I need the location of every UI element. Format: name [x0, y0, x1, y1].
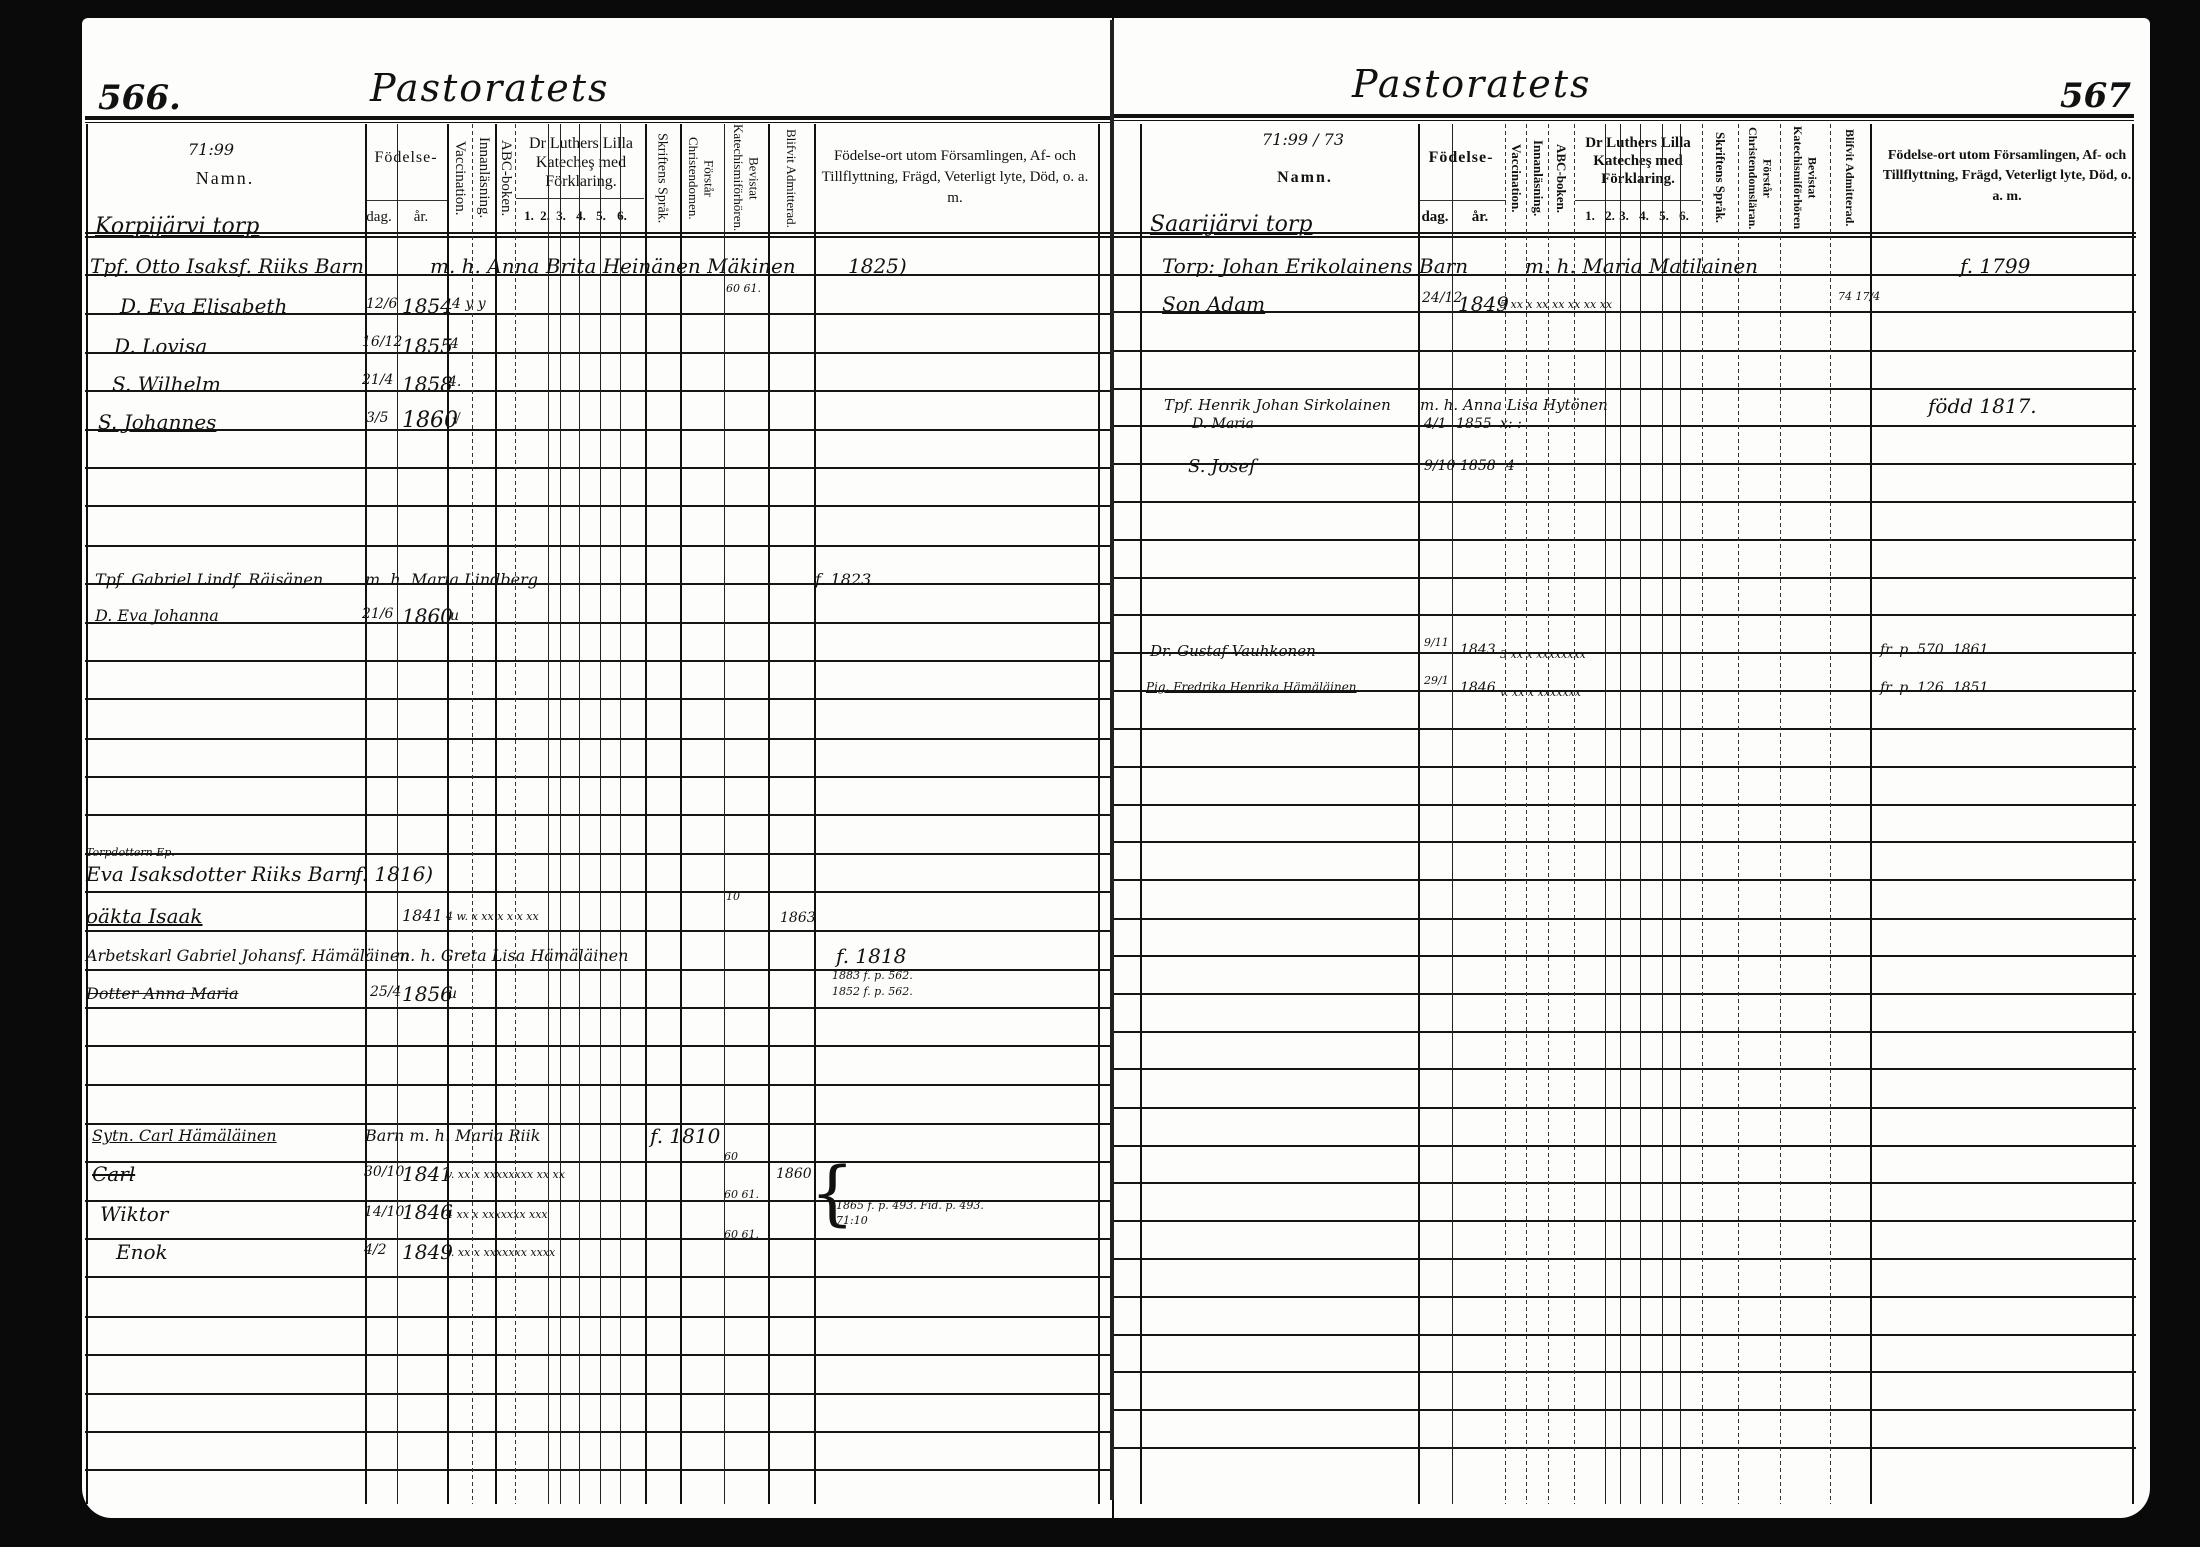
- header-ar: år.: [397, 208, 445, 226]
- entry-ar: 1858: [402, 372, 453, 396]
- entry-remarks: f. 1799: [1960, 254, 2030, 278]
- column-rule: [365, 124, 367, 1504]
- entry-remarks: 1825): [848, 254, 907, 278]
- entry-name: Tpf. Otto Isaksf. Riiks Barn: [90, 254, 364, 278]
- header-dag: dag.: [1418, 208, 1452, 226]
- row-rule: [1114, 728, 2136, 730]
- left-page-number: 566.: [98, 78, 181, 118]
- row-rule: [1114, 1220, 2136, 1222]
- header-subrule: [1575, 200, 1701, 201]
- column-rule: [1620, 124, 1621, 1504]
- entry-note: 60 61.: [724, 1228, 759, 1241]
- entry-marks: √: [452, 412, 461, 428]
- column-rule: [724, 124, 725, 1504]
- right-header-rule-thin: [1114, 120, 2134, 121]
- column-rule: [1140, 124, 1142, 1504]
- entry-ar: 1843: [1460, 642, 1496, 658]
- header-fodelse: Födelse-: [1420, 148, 1502, 167]
- header-dag: dag.: [363, 208, 395, 226]
- entry-name: Wiktor: [100, 1202, 168, 1226]
- header-luther-col-4: 4.: [1634, 208, 1654, 224]
- column-rule: [1574, 124, 1575, 1504]
- right-header-rule: [1114, 114, 2134, 118]
- column-rule: [1548, 124, 1549, 1504]
- entry-dag: 4/2: [364, 1242, 387, 1258]
- row-rule: [1114, 879, 2136, 881]
- entry-ar: 1855: [1456, 416, 1492, 432]
- column-rule: [515, 124, 516, 1504]
- column-rule: [560, 124, 561, 1504]
- entry-spouse: Barn m. h. Maria Riik: [365, 1126, 540, 1145]
- entry-name: Sytn. Carl Hämäläinen: [92, 1126, 277, 1145]
- row-rule: [85, 853, 1110, 855]
- entry-admitted: 1863: [780, 910, 816, 926]
- column-rule: [397, 124, 398, 1504]
- column-rule: [1738, 124, 1739, 1504]
- header-blifvit: Blifvit Admitterad.: [1830, 124, 1870, 232]
- entry-name: D. Lovisa: [114, 334, 207, 358]
- row-rule: [85, 505, 1110, 507]
- entry-name: D. Maria: [1192, 416, 1254, 432]
- entry-marks: x: :: [1500, 416, 1522, 432]
- row-rule: [85, 467, 1110, 469]
- header-remarks: Födelse-ort utom Församlingen, Af- och T…: [1876, 146, 2138, 207]
- row-rule: [1114, 804, 2136, 806]
- entry-name: Tpf. Gabriel Lindf. Räisänen: [95, 570, 323, 589]
- entry-dag: 9/11: [1424, 636, 1449, 649]
- entry-dag: 16/12: [362, 334, 402, 350]
- entry-ar: 1854: [402, 294, 453, 318]
- entry-ar: 1860: [402, 408, 458, 433]
- row-rule: [1114, 955, 2136, 957]
- left-page: [82, 18, 1112, 1518]
- entry-place: Saarijärvi torp: [1150, 212, 1312, 237]
- header-luther-col-3: 3.: [551, 208, 571, 224]
- row-rule: [1114, 539, 2136, 541]
- entry-place: Korpijärvi torp: [95, 214, 259, 239]
- column-rule: [447, 124, 449, 1504]
- column-rule: [86, 124, 88, 1504]
- row-rule: [85, 776, 1110, 778]
- row-rule: [85, 738, 1110, 740]
- left-header-rule: [85, 116, 1110, 120]
- row-rule: [1114, 1296, 2136, 1298]
- entry-ar: 1856: [402, 982, 453, 1006]
- row-rule: [85, 622, 1110, 624]
- row-rule: [1114, 1031, 2136, 1033]
- entry-remarks: 1865 f. p. 493. Fid. p. 493. 71:10: [836, 1198, 996, 1228]
- entry-marks: 4 y y: [452, 296, 486, 312]
- entry-dag: 30/10: [364, 1164, 404, 1180]
- entry-note: 60: [724, 1150, 738, 1163]
- column-rule: [1870, 124, 1872, 1504]
- entry-note: 60 61.: [724, 1188, 759, 1201]
- left-section-mark: 71:99: [188, 140, 234, 159]
- header-bevistat: Bevistat Katechismiförhören.: [724, 124, 768, 232]
- entry-marks: 4.: [448, 374, 461, 390]
- left-running-head: Pastoratets: [370, 66, 610, 110]
- entry-ar: 1860: [402, 604, 453, 628]
- column-rule: [645, 124, 647, 1504]
- header-luther-col-4: 4.: [571, 208, 591, 224]
- header-ar: år.: [1455, 208, 1505, 226]
- row-rule: [1114, 841, 2136, 843]
- row-rule: [85, 660, 1110, 662]
- row-rule: [85, 1238, 1110, 1240]
- row-rule: [85, 429, 1110, 431]
- entry-dag: 4/1: [1424, 416, 1447, 432]
- column-rule: [1526, 124, 1527, 1504]
- entry-dag: 25/4: [370, 984, 401, 1000]
- row-rule: [85, 390, 1110, 392]
- entry-remarks: fr. p. 570. 1861: [1880, 642, 1988, 658]
- row-rule: [85, 891, 1110, 893]
- row-rule: [1114, 1447, 2136, 1449]
- entry-spouse: m. h. Greta Lisa Hämäläinen: [395, 946, 628, 965]
- entry-name: Dotter Anna Maria: [86, 984, 239, 1003]
- entry-marks: v. xx x xxxxxxx: [1500, 686, 1581, 699]
- entry-ar: 1858: [1460, 458, 1496, 474]
- header-luther-col-5: 5.: [1654, 208, 1674, 224]
- entry-remarks: född 1817.: [1928, 394, 2037, 418]
- entry-name: Tpf. Henrik Johan Sirkolainen: [1164, 396, 1391, 414]
- row-rule: [1114, 311, 2136, 313]
- row-rule: [1114, 350, 2136, 352]
- right-page: [1114, 18, 2150, 1518]
- header-skriftens-sprak: Skriftens Språk.: [645, 124, 677, 232]
- column-rule: [680, 124, 682, 1504]
- header-vaccination: Vaccination.: [448, 128, 472, 228]
- row-rule: [1114, 1371, 2136, 1373]
- row-rule: [85, 352, 1110, 354]
- row-rule: [85, 1161, 1110, 1163]
- entry-name: Torp: Johan Erikolainens Barn: [1162, 254, 1468, 278]
- header-luther-col-6: 6.: [1674, 208, 1694, 224]
- entry-ar: 1841: [402, 906, 443, 925]
- column-rule: [600, 124, 601, 1504]
- header-subrule: [1418, 200, 1506, 201]
- entry-marks: 4 w. x xx x x x xx: [446, 910, 539, 923]
- header-luther-col-3: 3.: [1614, 208, 1634, 224]
- row-rule: [85, 698, 1110, 700]
- column-rule: [1418, 124, 1420, 1504]
- entry-remarks: f. 1823: [815, 570, 871, 589]
- row-rule: [85, 1045, 1110, 1047]
- column-rule: [548, 124, 549, 1504]
- entry-name: D. Eva Johanna: [95, 606, 219, 625]
- column-rule: [814, 124, 816, 1504]
- entry-marks: u: [448, 986, 457, 1002]
- entry-marks: 5 xx x xx xx xx xx xx: [1500, 298, 1612, 311]
- column-rule: [1662, 124, 1663, 1504]
- header-namn: Namn.: [150, 168, 300, 190]
- row-rule: [1114, 425, 2136, 427]
- header-remarks: Födelse-ort utom Församlingen, Af- och T…: [820, 146, 1090, 209]
- entry-spouse: m. h. Anna Brita Heinänen Mäkinen: [430, 254, 796, 278]
- entry-name: Enok: [116, 1240, 168, 1264]
- entry-spouse: m. h. Maria Matilainen: [1525, 254, 1758, 278]
- book-spine: [1110, 20, 1114, 1500]
- entry-dag: 14/10: [364, 1204, 404, 1220]
- column-rule: [1680, 124, 1681, 1504]
- row-rule: [1114, 1068, 2136, 1070]
- entry-marks: 4: [450, 336, 459, 352]
- column-rule: [495, 124, 497, 1504]
- row-rule: [85, 1316, 1110, 1318]
- entry-remarks: fr. p. 126. 1851: [1880, 680, 1988, 696]
- entry-marks: v. xx x xxxxxxxx xx xx: [446, 1168, 565, 1181]
- column-rule: [1702, 124, 1703, 1504]
- entry-dag: 24/12: [1422, 290, 1462, 306]
- entry-marks: v. xx x xxxxxxx xxxx: [446, 1246, 555, 1259]
- row-rule: [85, 545, 1110, 547]
- right-running-head: Pastoratets: [1352, 62, 1592, 106]
- row-rule: [1114, 993, 2136, 995]
- row-rule: [85, 1084, 1110, 1086]
- entry-remarks: 1883 f. p. 562. 1852 f. p. 562.: [832, 968, 932, 1000]
- entry-dag: 3/5: [366, 410, 389, 426]
- entry-ar: 1846: [1460, 680, 1496, 696]
- header-vaccination: Vaccination.: [1506, 128, 1526, 228]
- row-rule: [85, 969, 1110, 971]
- row-rule: [1114, 577, 2136, 579]
- header-innanlasning: Innanläsning.: [1528, 128, 1548, 228]
- header-luther-col-5: 5.: [591, 208, 611, 224]
- entry-name: Dr. Gustaf Vauhkonen: [1150, 642, 1316, 660]
- row-rule: [85, 1123, 1110, 1125]
- column-rule: [620, 124, 621, 1504]
- column-rule: [1505, 124, 1506, 1504]
- column-rule: [1830, 124, 1831, 1504]
- entry-spouse: m. h. Maria Lindberg: [365, 570, 538, 589]
- row-rule: [85, 814, 1110, 816]
- row-rule: [1114, 766, 2136, 768]
- header-skriftens-sprak: Skriftens Språk.: [1703, 124, 1737, 232]
- header-luther-col-6: 6.: [612, 208, 632, 224]
- entry-remarks: f. 1816): [355, 862, 433, 886]
- column-rule: [2132, 124, 2134, 1504]
- row-rule: [85, 1007, 1110, 1009]
- row-rule: [85, 1431, 1110, 1433]
- entry-dag: 29/1: [1424, 674, 1449, 687]
- entry-name: Arbetskarl Gabriel Johansf. Hämäläinen: [86, 946, 410, 965]
- left-header-rule-thin: [85, 122, 1110, 123]
- header-abc-boken: ABC-boken.: [1550, 128, 1572, 228]
- entry-name: Carl: [92, 1162, 135, 1186]
- entry-dag: 9/10: [1424, 458, 1455, 474]
- column-rule: [1098, 124, 1100, 1504]
- header-luther: Dr Luthers Lilla Katecheş med Förklaring…: [518, 134, 644, 192]
- row-rule: [1114, 1258, 2136, 1260]
- column-rule: [1640, 124, 1641, 1504]
- entry-name: S. Josef: [1188, 456, 1256, 477]
- entry-name: oäkta Isaak: [86, 904, 203, 928]
- header-blifvit: Blifvit Admitterad.: [770, 124, 812, 232]
- entry-admitted: 1860: [776, 1166, 812, 1182]
- header-innanlasning: Innanläsning.: [473, 128, 495, 228]
- header-luther: Dr Luthers Lilla Katecheş med Förklaring…: [1576, 134, 1700, 188]
- row-rule: [85, 1469, 1110, 1471]
- entry-annotation: Torpdottern Ep.: [86, 846, 175, 859]
- entry-name: Eva Isaksdotter Riiks Barn: [86, 862, 357, 886]
- entry-note: 74 17/4: [1838, 290, 1880, 303]
- entry-marks: 4: [1506, 458, 1515, 474]
- row-rule: [1114, 614, 2136, 616]
- column-rule: [768, 124, 770, 1504]
- row-rule: [1114, 388, 2136, 390]
- header-forstar: Förstår Christendomen.: [680, 124, 722, 232]
- entry-name: D. Eva Elisabeth: [120, 294, 287, 318]
- entry-dag: 12/6: [366, 296, 397, 312]
- row-rule: [85, 1276, 1110, 1278]
- entry-remarks: f. 1818: [836, 944, 906, 968]
- header-fodelse: Födelse-: [365, 148, 447, 167]
- entry-note: 10: [726, 890, 740, 903]
- row-rule: [85, 930, 1110, 932]
- row-rule: [85, 1354, 1110, 1356]
- row-rule: [1114, 1145, 2136, 1147]
- row-rule: [1114, 501, 2136, 503]
- row-rule: [1114, 1409, 2136, 1411]
- entry-dag: 21/4: [362, 372, 393, 388]
- column-rule: [1780, 124, 1781, 1504]
- column-rule: [472, 124, 473, 1504]
- column-rule: [579, 124, 580, 1504]
- entry-remarks: f. 1810: [650, 1124, 720, 1148]
- header-subrule: [516, 198, 644, 199]
- entry-spouse: m. h. Anna Lisa Hytönen: [1420, 396, 1608, 414]
- row-rule: [1114, 1334, 2136, 1336]
- right-page-number: 567: [2060, 76, 2131, 116]
- header-abc-boken: ABC-boken.: [496, 128, 516, 228]
- entry-name: S. Wilhelm: [112, 372, 221, 396]
- entry-note: 60 61.: [726, 282, 761, 295]
- row-rule: [1114, 1182, 2136, 1184]
- column-rule: [1605, 124, 1606, 1504]
- header-forstar: Förstår Christendomsläran.: [1740, 124, 1780, 232]
- entry-marks: 4 xx x xxxxxxx xxx: [446, 1208, 548, 1221]
- entry-name: Pig. Fredrika Henrika Hämäläinen: [1146, 680, 1357, 694]
- entry-name: S. Johannes: [98, 410, 216, 434]
- header-subrule: [365, 200, 447, 201]
- entry-marks: 3 xx x xxxxxxxx: [1500, 648, 1586, 661]
- header-namn: Namn.: [1225, 168, 1385, 187]
- row-rule: [1114, 918, 2136, 920]
- header-bevistat: Bevistat Katechismiförhören: [1782, 124, 1828, 232]
- row-rule: [1114, 1107, 2136, 1109]
- entry-ar: 1855: [402, 334, 453, 358]
- header-luther-col-1: 1.: [1580, 208, 1600, 224]
- entry-name: Son Adam: [1162, 292, 1265, 316]
- row-rule: [1114, 463, 2136, 465]
- column-rule: [1452, 124, 1453, 1504]
- row-rule: [85, 1393, 1110, 1395]
- entry-marks: u: [450, 608, 459, 624]
- entry-dag: 21/6: [362, 606, 393, 622]
- right-section-mark: 71:99 / 73: [1262, 130, 1344, 149]
